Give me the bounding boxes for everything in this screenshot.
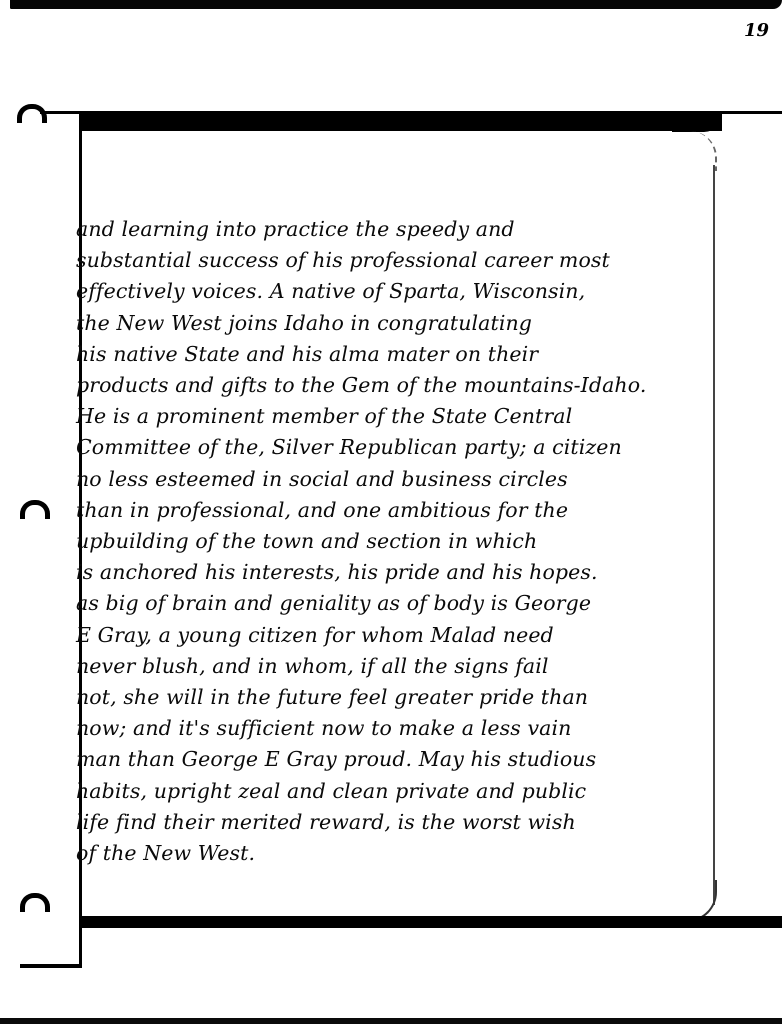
card-top-shadow	[82, 114, 722, 131]
handwritten-text: and learning into practice the speedy an…	[76, 214, 716, 869]
text-line: never blush, and in whom, if all the sig…	[76, 651, 716, 682]
text-line: effectively voices. A native of Sparta, …	[76, 276, 716, 307]
page-number: 19	[744, 20, 769, 41]
text-line: now; and it's sufficient now to make a l…	[76, 713, 716, 744]
text-line: He is a prominent member of the State Ce…	[76, 401, 716, 432]
text-line: his native State and his alma mater on t…	[76, 339, 716, 370]
text-line: than in professional, and one ambitious …	[76, 495, 716, 526]
text-line: products and gifts to the Gem of the mou…	[76, 370, 716, 401]
binder-hole-icon	[17, 104, 47, 123]
text-line: Committee of the, Silver Republican part…	[76, 432, 716, 463]
text-line: substantial success of his professional …	[76, 245, 716, 276]
text-line: not, she will in the future feel greater…	[76, 682, 716, 713]
text-line: habits, upright zeal and clean private a…	[76, 776, 716, 807]
scan-top-edge	[10, 0, 782, 9]
card-bottom-left-edge	[20, 964, 82, 968]
text-line: life find their merited reward, is the w…	[76, 807, 716, 838]
text-line: man than George E Gray proud. May his st…	[76, 744, 716, 775]
text-line: no less esteemed in social and business …	[76, 464, 716, 495]
scan-bottom-edge	[0, 1018, 782, 1024]
text-line: as big of brain and geniality as of body…	[76, 588, 716, 619]
text-line: E Gray, a young citizen for whom Malad n…	[76, 620, 716, 651]
card-bottom-border	[80, 916, 782, 928]
text-line: of the New West.	[76, 838, 716, 869]
binder-hole-icon	[20, 893, 50, 912]
text-line: is anchored his interests, his pride and…	[76, 557, 716, 588]
binder-hole-icon	[20, 500, 50, 519]
text-line: the New West joins Idaho in congratulati…	[76, 308, 716, 339]
text-line: and learning into practice the speedy an…	[76, 214, 716, 245]
text-line: upbuilding of the town and section in wh…	[76, 526, 716, 557]
